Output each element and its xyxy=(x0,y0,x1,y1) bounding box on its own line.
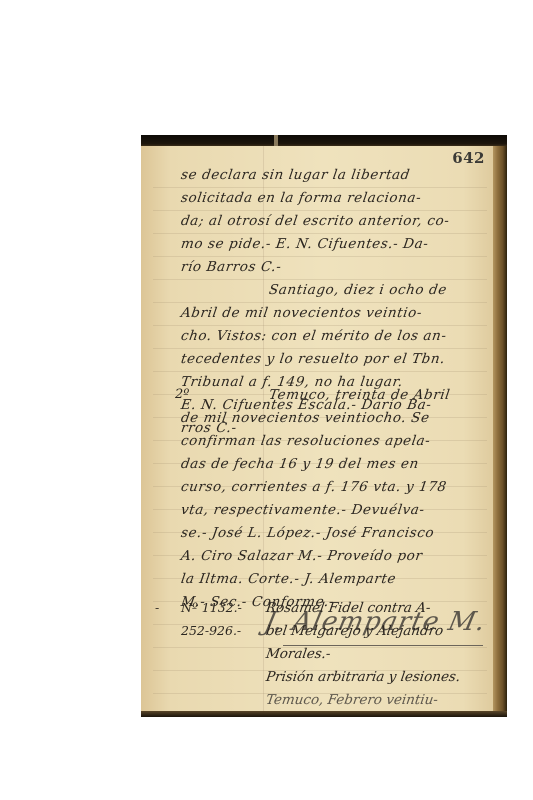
entry-line: vta, respectivamente.- Devuélva- xyxy=(180,502,482,518)
case-number: Nº 1132.- xyxy=(181,600,242,615)
case-line: Temuco, Febrero veintiu- xyxy=(265,692,439,708)
entry-line: la Iltma. Corte.- J. Alemparte xyxy=(180,571,482,587)
entry-line: da; al otrosí del escrito anterior, co- xyxy=(180,213,482,229)
ruled-line xyxy=(153,256,487,257)
ruled-line xyxy=(153,210,487,211)
scan-top-edge xyxy=(141,135,507,146)
ruled-line xyxy=(153,302,487,303)
case-line: Rosamel Fidel contra A- xyxy=(265,600,432,616)
ruled-line xyxy=(153,348,487,349)
entry-line: río Barros C.- xyxy=(180,259,482,275)
entry-line: A. Ciro Salazar M.- Proveído por xyxy=(180,548,482,564)
ruled-line xyxy=(153,233,487,234)
entry-line: tecedentes y lo resuelto por el Tbn. xyxy=(180,351,482,367)
case-dash: - xyxy=(155,600,159,615)
entry-line: Abril de mil novecientos veintio- xyxy=(180,305,482,321)
scan-bottom-edge xyxy=(141,711,507,717)
ruled-line xyxy=(153,325,487,326)
case-line: Morales.- xyxy=(265,646,332,662)
ruled-line xyxy=(153,371,487,372)
entry-line: de mil novecientos veintiocho. Se xyxy=(180,410,482,426)
entry-line: se declara sin lugar la libertad xyxy=(180,167,482,183)
entry-line: se.- José L. López.- José Francisco xyxy=(180,525,482,541)
entry-line: solicitada en la forma relaciona- xyxy=(180,190,482,206)
case-line: bel Melgarejo y Alejandro xyxy=(265,623,444,639)
entry-line: curso, corrientes a f. 176 vta. y 178 xyxy=(180,479,482,495)
book-binding-edge xyxy=(493,146,507,711)
case-file-number: 252-926.- xyxy=(181,623,241,638)
entry-line: das de fecha 16 y 19 del mes en xyxy=(180,456,482,472)
entry-line: mo se pide.- E. N. Cifuentes.- Da- xyxy=(180,236,482,252)
ruled-line xyxy=(153,187,487,188)
ledger-page: 642 se declara sin lugar la libertad sol… xyxy=(141,135,507,717)
margin-label: 2º xyxy=(175,387,189,402)
entry-line: Temuco, treinta de Abril xyxy=(268,387,482,403)
entry-line: cho. Vistos: con el mérito de los an- xyxy=(180,328,482,344)
page-number: 642 xyxy=(452,149,485,167)
entry-line: confirman las resoluciones apela- xyxy=(180,433,482,449)
ruled-line xyxy=(153,279,487,280)
case-line: Prisión arbitraria y lesiones. xyxy=(265,669,461,685)
entry-line: Santiago, diez i ocho de xyxy=(268,282,482,298)
